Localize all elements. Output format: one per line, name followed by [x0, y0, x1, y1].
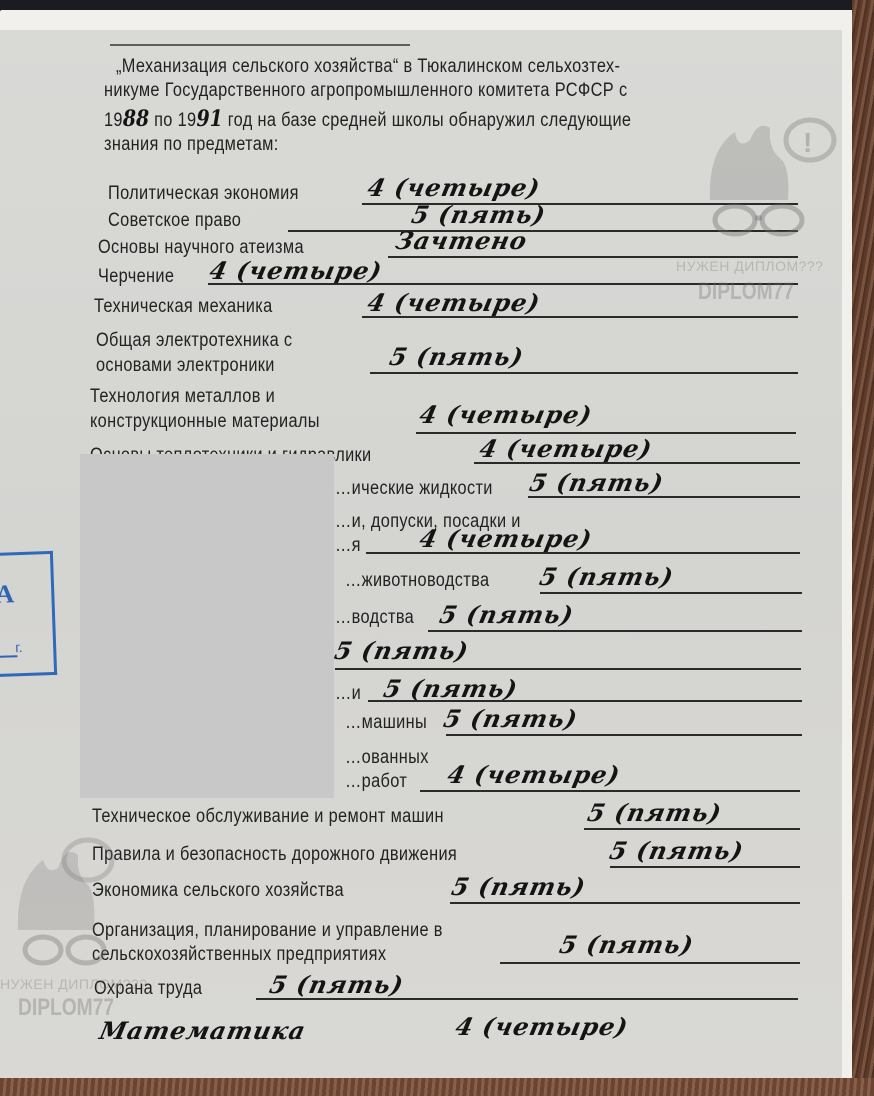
redacted-area: [80, 454, 334, 798]
subject-name: …я: [335, 535, 361, 557]
intro-line-2: никуме Государственного агропромышленног…: [104, 80, 627, 102]
subject-name: …работ: [345, 771, 407, 793]
intro-line-3: 1988 по 1991 год на базе средней школы о…: [104, 106, 631, 132]
grade-underline: [370, 372, 798, 374]
watermark-caption: НУЖЕН ДИПЛОМ???: [676, 258, 823, 274]
grade-underline: [446, 734, 802, 736]
subject-grade: 5 (пять): [537, 562, 677, 591]
subject-name: Математика: [97, 1016, 309, 1045]
cutoff-rule: [110, 44, 410, 46]
grade-underline: [362, 316, 798, 318]
subject-name: Общая электротехника с: [96, 330, 292, 352]
subject-name: …машины: [345, 712, 427, 734]
subject-name: Черчение: [98, 266, 174, 288]
subject-grade: 4 (четыре): [417, 524, 595, 553]
subject-grade: 4 (четыре): [207, 256, 385, 285]
year-from-prefix: 19: [104, 110, 123, 131]
subject-name: …ические жидкости: [335, 478, 493, 500]
subject-grade: 5 (пять): [441, 704, 581, 733]
grade-underline: [528, 496, 800, 498]
subject-name: …ованных: [345, 747, 429, 769]
grade-underline: [428, 630, 802, 632]
subject-name: Техническая механика: [94, 296, 273, 318]
subject-grade: 5 (пять): [449, 872, 589, 901]
subject-grade: 5 (пять): [267, 970, 407, 999]
subject-name: Техническое обслуживание и ремонт машин: [92, 806, 444, 828]
subject-grade: Зачтено: [393, 226, 530, 255]
subject-grade: 5 (пять): [381, 674, 521, 703]
subject-grade: 4 (четыре): [445, 760, 623, 789]
subject-grade: 5 (пять): [585, 798, 725, 827]
grade-underline: [474, 462, 800, 464]
subject-name: …и: [335, 683, 361, 705]
wood-surface-bottom: [0, 1078, 874, 1096]
svg-text:!: !: [803, 127, 812, 158]
grade-underline: [368, 700, 802, 702]
intro-line-3-suffix: год на базе средней школы обнаружил след…: [228, 110, 632, 131]
subject-name: …водства: [335, 607, 414, 629]
subject-grade: 5 (пять): [409, 200, 549, 229]
year-to-handwritten: 91: [196, 106, 222, 132]
watermark-face-icon: [8, 830, 148, 980]
stamp-year-suffix: г.: [15, 639, 23, 655]
grade-underline: [610, 866, 800, 868]
grade-underline: [335, 668, 801, 670]
stamp-letter: А: [0, 579, 15, 610]
stamp-date-line: [0, 655, 18, 658]
intro-line-1: „Механизация сельского хозяйства“ в Тюка…: [116, 56, 620, 78]
grade-underline: [366, 552, 800, 554]
subject-grade: 5 (пять): [437, 600, 577, 629]
wood-surface-right: [852, 0, 874, 1096]
grade-underline: [450, 902, 800, 904]
subject-name: …животноводства: [345, 570, 489, 592]
subject-grade: 5 (пять): [387, 342, 527, 371]
subject-grade: 5 (пять): [557, 930, 697, 959]
year-to-prefix: по 19: [154, 110, 196, 131]
subject-name: основами электроники: [96, 355, 275, 377]
watermark-caption: НУЖЕН ДИПЛОМ???: [0, 976, 147, 992]
subject-grade: 4 (четыре): [365, 173, 543, 202]
year-from-handwritten: 88: [123, 106, 149, 132]
subject-name: Советское право: [108, 210, 241, 232]
grade-underline: [256, 998, 798, 1000]
intro-line-4: знания по предметам:: [104, 134, 279, 156]
subject-name: Технология металлов и: [90, 386, 275, 408]
blue-stamp: А г.: [0, 551, 57, 677]
subject-grade: 5 (пять): [332, 636, 472, 665]
subject-grade: 4 (четыре): [365, 288, 543, 317]
subject-name: конструкционные материалы: [90, 411, 320, 433]
grade-underline: [584, 828, 800, 830]
subject-name: Политическая экономия: [108, 183, 299, 205]
grade-underline: [540, 592, 802, 594]
watermark-face-icon: !: [690, 110, 840, 260]
watermark-brand: DIPLOM77: [18, 994, 114, 1022]
watermark-brand: DIPLOM77: [698, 278, 794, 306]
subject-grade: 4 (четыре): [453, 1012, 631, 1041]
subject-grade: 4 (четыре): [477, 434, 655, 463]
subject-grade: 5 (пять): [607, 836, 747, 865]
subject-grade: 5 (пять): [527, 468, 667, 497]
subject-grade: 4 (четыре): [417, 400, 595, 429]
grade-underline: [420, 790, 800, 792]
grade-underline: [500, 962, 800, 964]
